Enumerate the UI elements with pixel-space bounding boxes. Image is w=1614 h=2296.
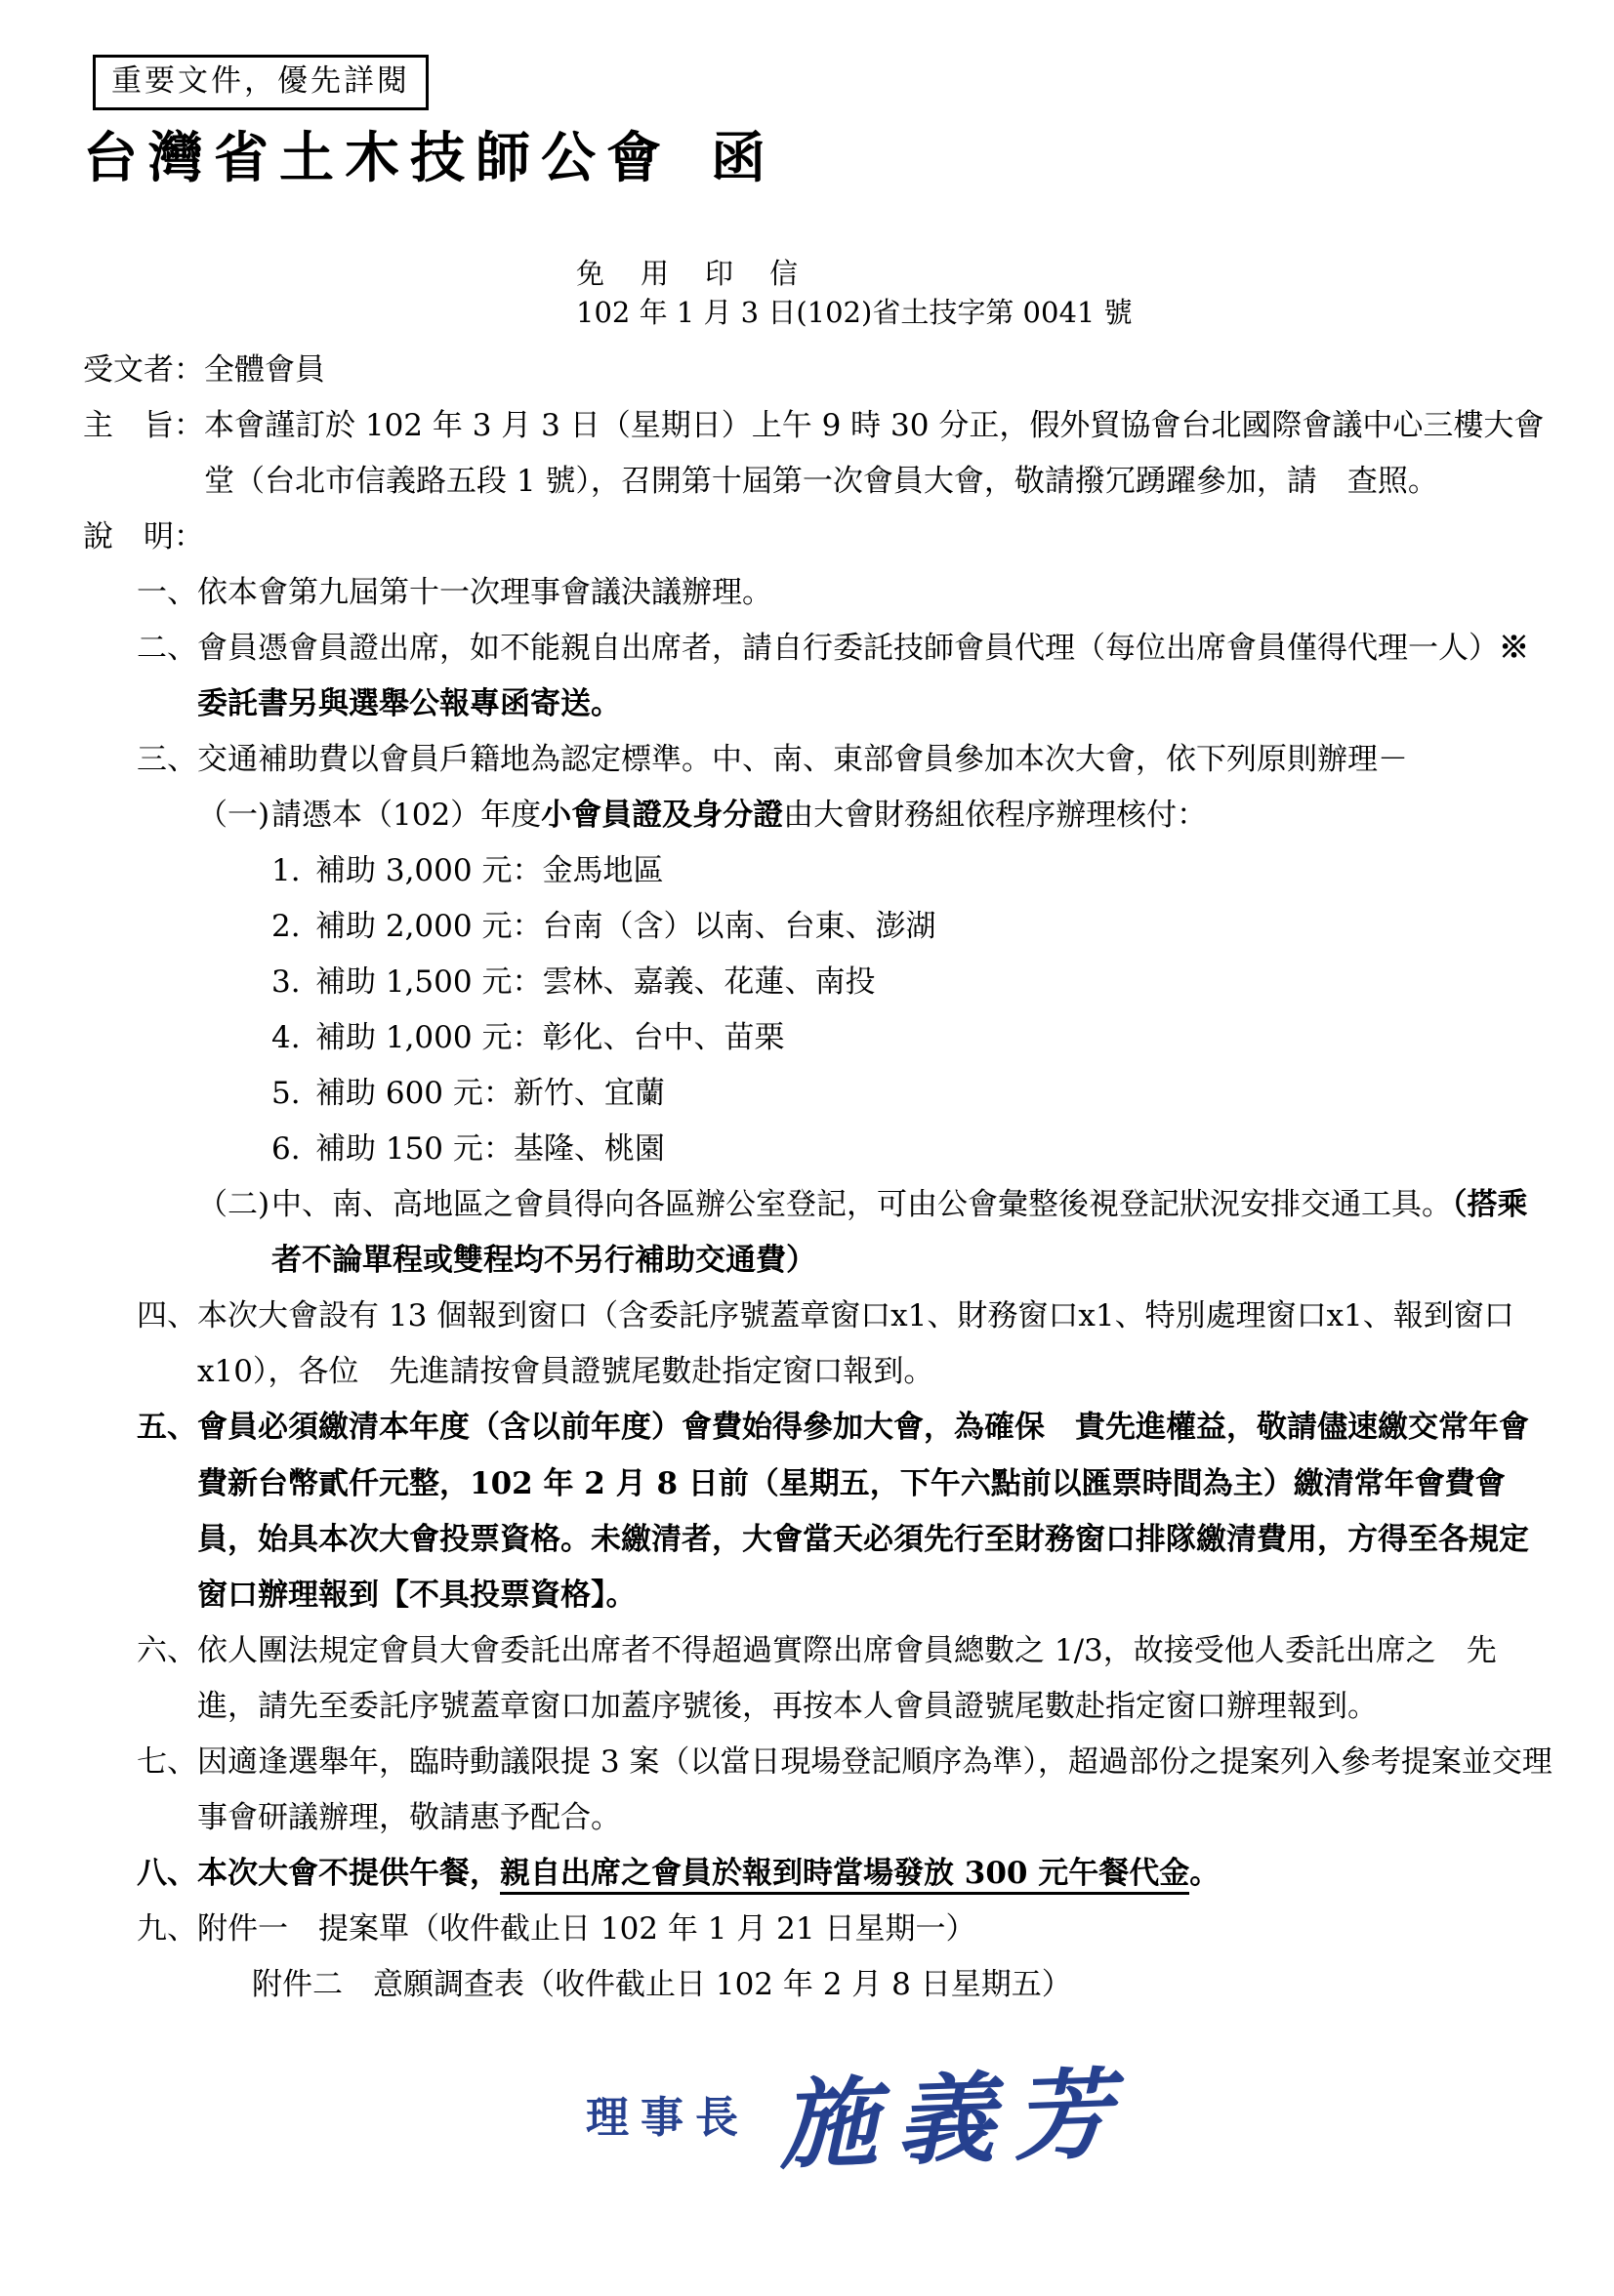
item-text: 依人團法規定會員大會委託出席者不得超過實際出席會員總數之 1/3，故接受他人委託… bbox=[197, 1623, 1552, 1735]
sub-item-1: （一) 請憑本（102）年度小會員證及身分證由大會財務組依程序辦理核付： 1. … bbox=[197, 788, 1552, 1177]
item-segment: 中、南、高地區之會員得向各區辦公室登記，可由公會彙整後視登記狀況安排交通工具。 bbox=[271, 1187, 1452, 1222]
doc-number: 102 年 1 月 3 日(102)省土技字第 0041 號 bbox=[576, 293, 1552, 333]
page-title: 台灣省土木技師公會函 bbox=[83, 126, 1552, 191]
list-item-2: 二、 會員憑會員證出席，如不能親自出席者，請自行委託技師會員代理（每位出席會員僅… bbox=[137, 621, 1552, 732]
subsidy-text: 補助 2,000 元：台南（含）以南、台東、澎湖 bbox=[315, 899, 935, 955]
num-marker: 2. bbox=[271, 899, 315, 955]
item-text: 會員憑會員證出席，如不能親自出席者，請自行委託技師會員代理（每位出席會員僅得代理… bbox=[197, 621, 1552, 732]
recipient-line: 受文者：全體會員 bbox=[83, 343, 1552, 398]
item-text: 本次大會設有 13 個報到窗口（含委託序號蓋章窗口x1、財務窗口x1、特別處理窗… bbox=[197, 1289, 1552, 1400]
item-segment-bold: 本次大會不提供午餐， bbox=[197, 1856, 500, 1891]
no-seal-note: 免 用 印 信 bbox=[576, 254, 1552, 294]
item-marker: 五、 bbox=[137, 1400, 197, 1622]
recipient-label: 受文者： bbox=[83, 352, 204, 388]
item-text: 會員必須繳清本年度（含以前年度）會費始得參加大會，為確保 貴先進權益，敬請儘速繳… bbox=[197, 1400, 1552, 1622]
item-marker: 六、 bbox=[137, 1623, 197, 1735]
subsidy-text: 補助 1,000 元：彰化、台中、苗栗 bbox=[315, 1010, 784, 1066]
subsidy-text: 補助 600 元：新竹、宜蘭 bbox=[315, 1066, 665, 1122]
subsidy-text: 補助 3,000 元：金馬地區 bbox=[315, 843, 663, 899]
doc-type: 函 bbox=[711, 126, 776, 190]
attachment-1: 附件一 提案單（收件截止日 102 年 1 月 21 日星期一） bbox=[197, 1902, 1072, 1957]
subsidy-item-2: 2. 補助 2,000 元：台南（含）以南、台東、澎湖 bbox=[271, 899, 1207, 955]
item-marker: 三、 bbox=[137, 732, 197, 1289]
item-marker: 八、 bbox=[137, 1846, 197, 1902]
list-item-4: 四、 本次大會設有 13 個報到窗口（含委託序號蓋章窗口x1、財務窗口x1、特別… bbox=[137, 1289, 1552, 1400]
priority-stamp-text: 重要文件，優先詳閱 bbox=[111, 63, 410, 99]
sub-item-2: （二) 中、南、高地區之會員得向各區辦公室登記，可由公會彙整後視登記狀況安排交通… bbox=[197, 1177, 1552, 1289]
org-name: 台灣省土木技師公會 bbox=[83, 126, 672, 190]
subsidy-text: 補助 1,500 元：雲林、嘉義、花蓮、南投 bbox=[315, 955, 875, 1010]
subsidy-item-3: 3. 補助 1,500 元：雲林、嘉義、花蓮、南投 bbox=[271, 955, 1207, 1010]
sub-item-text: 請憑本（102）年度小會員證及身分證由大會財務組依程序辦理核付： 1. 補助 3… bbox=[271, 788, 1207, 1177]
item-text: 依本會第九屆第十一次理事會議決議辦理。 bbox=[197, 565, 772, 621]
doc-meta: 免 用 印 信 102 年 1 月 3 日(102)省土技字第 0041 號 bbox=[576, 254, 1552, 333]
item-segment-bold: 。 bbox=[1189, 1856, 1220, 1891]
item-segment: 會員憑會員證出席，如不能親自出席者，請自行委託技師會員代理（每位出席會員僅得代理… bbox=[197, 631, 1499, 666]
subsidy-text: 補助 150 元：基隆、桃園 bbox=[315, 1122, 665, 1177]
item-segment: 請憑本（102）年度 bbox=[271, 798, 541, 833]
item-marker: 七、 bbox=[137, 1735, 197, 1846]
letter-page: 重要文件，優先詳閱 台灣省土木技師公會函 免 用 印 信 102 年 1 月 3… bbox=[0, 0, 1614, 2296]
signature-name: 施義芳 bbox=[776, 2040, 1133, 2198]
priority-stamp-box: 重要文件，優先詳閱 bbox=[93, 55, 429, 110]
item-segment: 依本會第九屆第十一次理事會議決議辦理。 bbox=[197, 575, 772, 610]
subject-text: 本會謹訂於 102 年 3 月 3 日（星期日）上午 9 時 30 分正，假外貿… bbox=[204, 398, 1552, 510]
item-segment: 本次大會設有 13 個報到窗口（含委託序號蓋章窗口x1、財務窗口x1、特別處理窗… bbox=[197, 1298, 1514, 1389]
subsidy-item-1: 1. 補助 3,000 元：金馬地區 bbox=[271, 843, 1207, 899]
item-text: 因適逢選舉年，臨時動議限提 3 案（以當日現場登記順序為準），超過部份之提案列入… bbox=[197, 1735, 1552, 1846]
sub-item-marker: （二) bbox=[197, 1177, 271, 1289]
subsidy-item-5: 5. 補助 600 元：新竹、宜蘭 bbox=[271, 1066, 1207, 1122]
list-item-3: 三、 交通補助費以會員戶籍地為認定標準。中、南、東部會員參加本次大會，依下列原則… bbox=[137, 732, 1552, 1289]
subject-label: 主 旨： bbox=[83, 398, 204, 510]
item-segment-bold: 會員必須繳清本年度（含以前年度）會費始得參加大會，為確保 貴先進權益，敬請儘速繳… bbox=[197, 1410, 1529, 1612]
list-item-7: 七、 因適逢選舉年，臨時動議限提 3 案（以當日現場登記順序為準），超過部份之提… bbox=[137, 1735, 1552, 1846]
num-marker: 3. bbox=[271, 955, 315, 1010]
item-marker: 四、 bbox=[137, 1289, 197, 1400]
item-segment: 由大會財務組依程序辦理核付： bbox=[783, 798, 1207, 833]
recipient-value: 全體會員 bbox=[204, 352, 325, 388]
sub-item-text: 中、南、高地區之會員得向各區辦公室登記，可由公會彙整後視登記狀況安排交通工具。（… bbox=[271, 1177, 1552, 1289]
item-marker: 一、 bbox=[137, 565, 197, 621]
list-item-9: 九、 附件一 提案單（收件截止日 102 年 1 月 21 日星期一） 附件二 … bbox=[137, 1902, 1552, 2013]
item-segment: 依人團法規定會員大會委託出席者不得超過實際出席會員總數之 1/3，故接受他人委託… bbox=[197, 1633, 1497, 1724]
signature-block: 理事長 施義芳 bbox=[586, 2046, 1552, 2193]
item-segment-bold-underline: 親自出席之會員於報到時當場發放 300 元午餐代金 bbox=[500, 1856, 1189, 1895]
item-marker: 九、 bbox=[137, 1902, 197, 2013]
attachment-2: 附件二 意願調查表（收件截止日 102 年 2 月 8 日星期五） bbox=[252, 1957, 1072, 2013]
sub-item-marker: （一) bbox=[197, 788, 271, 1177]
list-item-6: 六、 依人團法規定會員大會委託出席者不得超過實際出席會員總數之 1/3，故接受他… bbox=[137, 1623, 1552, 1735]
explanation-label: 說 明： bbox=[83, 510, 1552, 565]
list-item-8: 八、 本次大會不提供午餐，親自出席之會員於報到時當場發放 300 元午餐代金。 bbox=[137, 1846, 1552, 1902]
list-item-5: 五、 會員必須繳清本年度（含以前年度）會費始得參加大會，為確保 貴先進權益，敬請… bbox=[137, 1400, 1552, 1622]
item-marker: 二、 bbox=[137, 621, 197, 732]
item-text: 交通補助費以會員戶籍地為認定標準。中、南、東部會員參加本次大會，依下列原則辦理－… bbox=[197, 732, 1552, 1289]
num-marker: 1. bbox=[271, 843, 315, 899]
num-marker: 5. bbox=[271, 1066, 315, 1122]
num-marker: 4. bbox=[271, 1010, 315, 1066]
item-segment: 因適逢選舉年，臨時動議限提 3 案（以當日現場登記順序為準），超過部份之提案列入… bbox=[197, 1744, 1552, 1835]
num-marker: 6. bbox=[271, 1122, 315, 1177]
item-segment: 交通補助費以會員戶籍地為認定標準。中、南、東部會員參加本次大會，依下列原則辦理－ bbox=[197, 742, 1408, 777]
explanation-items: 一、 依本會第九屆第十一次理事會議決議辦理。 二、 會員憑會員證出席，如不能親自… bbox=[137, 565, 1552, 2013]
subsidy-item-4: 4. 補助 1,000 元：彰化、台中、苗栗 bbox=[271, 1010, 1207, 1066]
item-text: 本次大會不提供午餐，親自出席之會員於報到時當場發放 300 元午餐代金。 bbox=[197, 1846, 1220, 1902]
signature-title: 理事長 bbox=[586, 2079, 750, 2158]
item-text: 附件一 提案單（收件截止日 102 年 1 月 21 日星期一） 附件二 意願調… bbox=[197, 1902, 1072, 2013]
list-item-1: 一、 依本會第九屆第十一次理事會議決議辦理。 bbox=[137, 565, 1552, 621]
subsidy-item-6: 6. 補助 150 元：基隆、桃園 bbox=[271, 1122, 1207, 1177]
subject-line: 主 旨： 本會謹訂於 102 年 3 月 3 日（星期日）上午 9 時 30 分… bbox=[83, 398, 1552, 510]
item-segment-bold: 小會員證及身分證 bbox=[541, 798, 783, 833]
